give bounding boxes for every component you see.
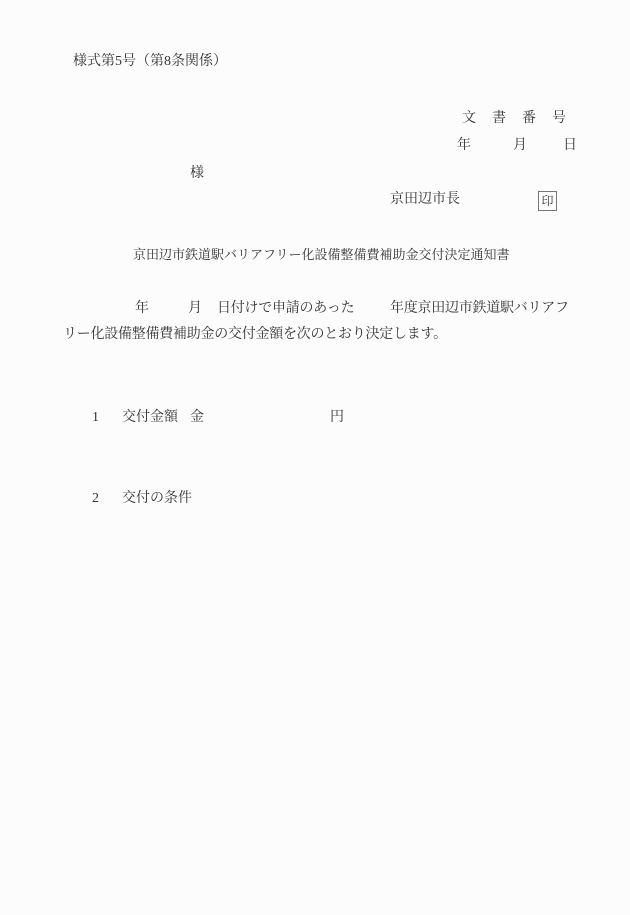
item-1-label: 交付金額 (122, 410, 178, 427)
document-title: 京田辺市鉄道駅バリアフリー化設備整備費補助金交付決定通知書 (133, 247, 509, 263)
body-line2-text: リー化設備整備費補助金の交付金額を次のとおり決定します。 (63, 327, 447, 344)
item-1-amount-suffix: 円 (330, 410, 344, 427)
body-line1-text: 日付けで申請のあった (217, 301, 354, 318)
item-2-label: 交付の条件 (122, 491, 192, 508)
form-number: 様式第5号（第8条関係） (73, 54, 227, 71)
body-date-month: 月 (188, 301, 202, 318)
item-1-number: 1 (92, 410, 99, 427)
body-line1-fiscal-text: 年度京田辺市鉄道駅バリアフ (390, 301, 569, 318)
seal-mark: 印 (541, 195, 553, 207)
item-1-amount-prefix: 金 (190, 410, 204, 427)
date-day-label: 日 (563, 138, 577, 155)
sender-title: 京田辺市長 (390, 192, 460, 209)
addressee-honorific: 様 (190, 166, 204, 183)
date-month-label: 月 (513, 138, 527, 155)
document-page: 様式第5号（第8条関係） 文書番号 年 月 日 様 京田辺市長 印 京田辺市鉄道… (0, 0, 630, 915)
date-year-label: 年 (457, 138, 471, 155)
item-2-number: 2 (92, 491, 99, 508)
body-date-year: 年 (135, 301, 149, 318)
seal-placeholder-box: 印 (538, 191, 557, 211)
document-number-label: 文書番号 (462, 111, 582, 128)
